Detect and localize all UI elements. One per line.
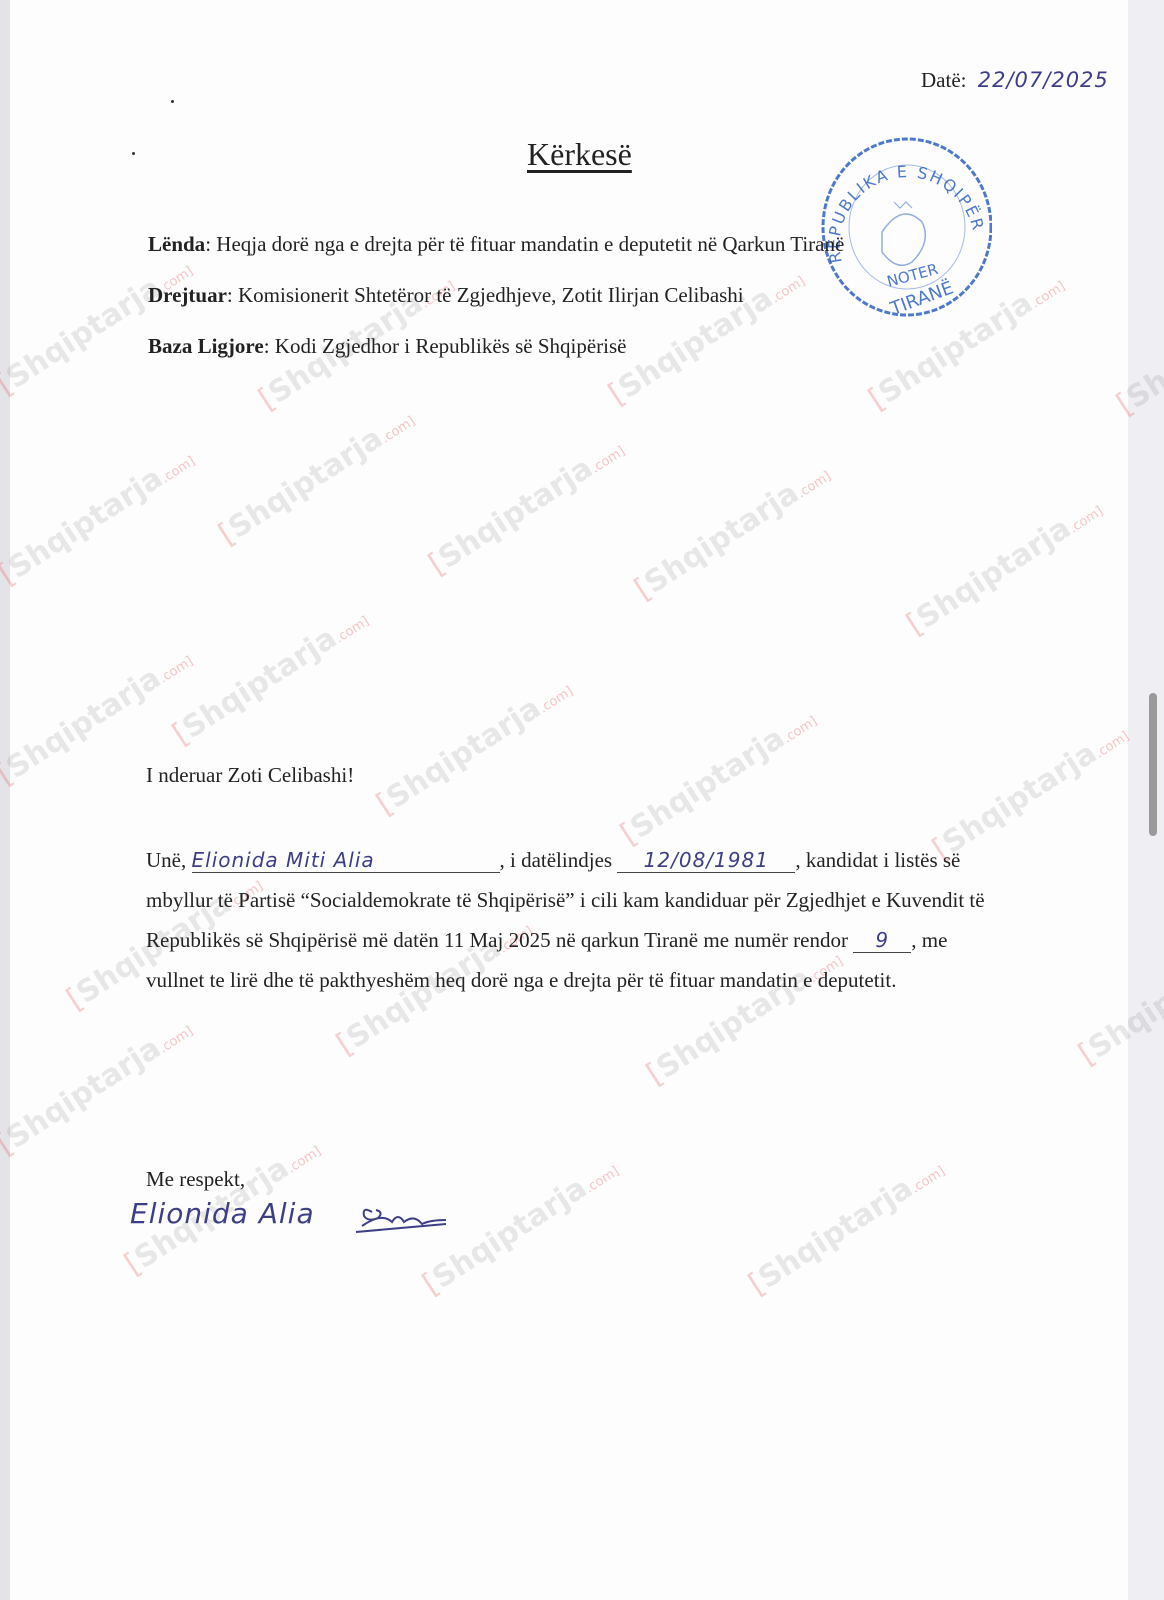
field-legal-basis-value: Kodi Zgjedhor i Republikës së Shqipërisë bbox=[275, 334, 627, 358]
name-handwritten: Elionida Miti Alia bbox=[192, 848, 375, 872]
field-legal-basis: Baza Ligjore: Kodi Zgjedhor i Republikës… bbox=[148, 334, 626, 359]
field-addressee: Drejtuar: Komisionerit Shtetëror të Zgje… bbox=[148, 283, 744, 308]
scan-speck bbox=[132, 152, 135, 155]
scan-speck bbox=[171, 100, 174, 103]
dob-handwritten: 12/08/1981 bbox=[644, 848, 769, 872]
field-addressee-label: Drejtuar bbox=[148, 283, 227, 307]
viewer-gutter bbox=[1128, 0, 1164, 1600]
name-fill-field: Elionida Miti Alia bbox=[192, 848, 500, 873]
date-line: Datë: 22/07/2025 bbox=[921, 68, 1109, 93]
body-text: , i datëlindjes bbox=[500, 848, 618, 872]
notary-stamp-icon: REPUBLIKA E SHQIPËRISË NOTER TIRANË bbox=[812, 132, 992, 322]
document-title: Kërkesë bbox=[527, 136, 632, 173]
body-text: Unë, bbox=[146, 848, 192, 872]
number-handwritten: 9 bbox=[875, 928, 889, 952]
field-subject-label: Lënda bbox=[148, 232, 205, 256]
date-label: Datë: bbox=[921, 68, 966, 92]
date-value-handwritten: 22/07/2025 bbox=[978, 68, 1109, 92]
field-subject-value: Heqja dorë nga e drejta për të fituar ma… bbox=[216, 232, 844, 256]
closing: Me respekt, bbox=[146, 1167, 245, 1192]
signature-scribble-icon bbox=[352, 1198, 452, 1238]
signature-name-handwritten: Elionida Alia bbox=[130, 1197, 315, 1230]
body-paragraph: Unë, Elionida Miti Alia, i datëlindjes 1… bbox=[146, 840, 1006, 1000]
field-addressee-value: Komisionerit Shtetëror të Zgjedhjeve, Zo… bbox=[238, 283, 744, 307]
dob-fill-field: 12/08/1981 bbox=[617, 848, 795, 873]
field-subject: Lënda: Heqja dorë nga e drejta për të fi… bbox=[148, 232, 844, 257]
number-fill-field: 9 bbox=[853, 928, 911, 953]
scrollbar-thumb[interactable] bbox=[1149, 693, 1157, 836]
field-legal-basis-label: Baza Ligjore bbox=[148, 334, 264, 358]
salutation: I nderuar Zoti Celibashi! bbox=[146, 763, 354, 788]
